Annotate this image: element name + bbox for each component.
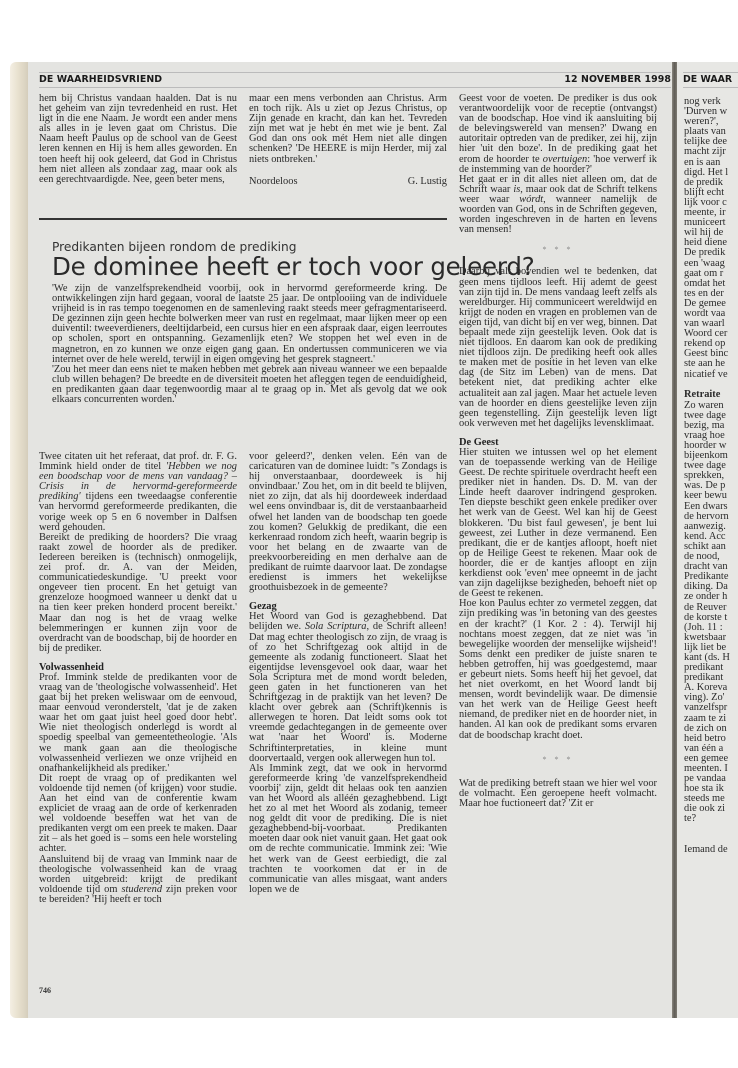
intro-quote-2: 'Zou het meer dan eens niet te maken heb… <box>52 365 447 405</box>
next-page-lines-a: nog verk'Durven wweren?',plaats vantelij… <box>684 97 738 380</box>
paragraph: Geest voor de voeten. De prediker is dus… <box>459 94 657 175</box>
paragraph: Prof. Immink stelde de predikanten voor … <box>39 673 237 774</box>
page-edge <box>10 62 30 1018</box>
magazine-page: DE WAARHEIDSVRIEND 12 NOVEMBER 1998 hem … <box>28 62 673 1018</box>
next-page-lines-b: Zo warentwee dagebezig, mavraag hoehoord… <box>684 401 738 825</box>
publication-name: DE WAARHEIDSVRIEND <box>39 74 162 85</box>
paragraph: Hoe kon Paulus echter zo vermetel zeggen… <box>459 599 657 740</box>
section-separator: * * * <box>459 245 657 255</box>
section-separator: * * * <box>459 755 657 765</box>
paragraph: voor geleerd?', denken velen. Eén van de… <box>249 452 447 593</box>
place: Noordeloos <box>249 177 297 187</box>
paragraph: Het Woord van God is gezaghebbend. Dat b… <box>249 612 447 763</box>
article-col1: Twee citaten uit het referaat, dat prof.… <box>39 452 237 905</box>
paragraph: Aansluitend bij de vraag van Immink naar… <box>39 855 237 905</box>
paragraph: Dit roept de vraag op of predikanten wel… <box>39 774 237 855</box>
paragraph: Als Immink zegt, dat we ook in hervormd … <box>249 764 447 895</box>
page-number: 746 <box>39 986 51 995</box>
subheading-retraite: Retraite <box>684 390 738 401</box>
paragraph: Twee citaten uit het referaat, dat prof.… <box>39 452 237 533</box>
intro-quote-1: 'We zijn de vanzelfsprekendheid voorbij,… <box>52 284 447 365</box>
paragraph: Wat de prediking betreft staan we hier w… <box>459 779 657 809</box>
text-line: nicatief ve <box>684 370 738 380</box>
article-col3: Geest voor de voeten. De prediker is dus… <box>459 94 657 809</box>
signature: Noordeloos G. Lustig <box>249 177 447 187</box>
next-page-partial: DE WAAR nog verk'Durven wweren?',plaats … <box>677 62 738 1018</box>
running-head: DE WAARHEIDSVRIEND 12 NOVEMBER 1998 <box>39 72 671 88</box>
paragraph: maar een mens verbonden aan Christus. Ar… <box>249 94 447 165</box>
paragraph: Het gaat er in dit alles niet alleen om,… <box>459 175 657 236</box>
next-page-column: nog verk'Durven wweren?',plaats vantelij… <box>684 97 738 855</box>
paragraph: Bereikt de prediking de hoorders? Die vr… <box>39 533 237 654</box>
next-page-last-line: Iemand de <box>684 845 738 855</box>
prev-article-col1: hem bij Christus vandaan haalden. Dat is… <box>39 94 237 185</box>
paragraph: Hier stuiten we intussen wel op het elem… <box>459 448 657 599</box>
issue-date: 12 NOVEMBER 1998 <box>564 74 671 85</box>
prev-article-col2: maar een mens verbonden aan Christus. Ar… <box>249 94 447 187</box>
author: G. Lustig <box>408 177 447 187</box>
text-line: ze onder h <box>684 592 738 602</box>
paragraph: Daarbij valt bovendien wel te bedenken, … <box>459 267 657 429</box>
article-intro: 'We zijn de vanzelfsprekendheid voorbij,… <box>52 284 447 405</box>
article-col2: voor geleerd?', denken velen. Eén van de… <box>249 452 447 895</box>
text-line: De predik <box>684 248 738 258</box>
divider-rule <box>39 218 447 220</box>
paragraph: hem bij Christus vandaan haalden. Dat is… <box>39 94 237 185</box>
next-page-running-head: DE WAAR <box>683 72 738 88</box>
text-line: te? <box>684 814 738 824</box>
